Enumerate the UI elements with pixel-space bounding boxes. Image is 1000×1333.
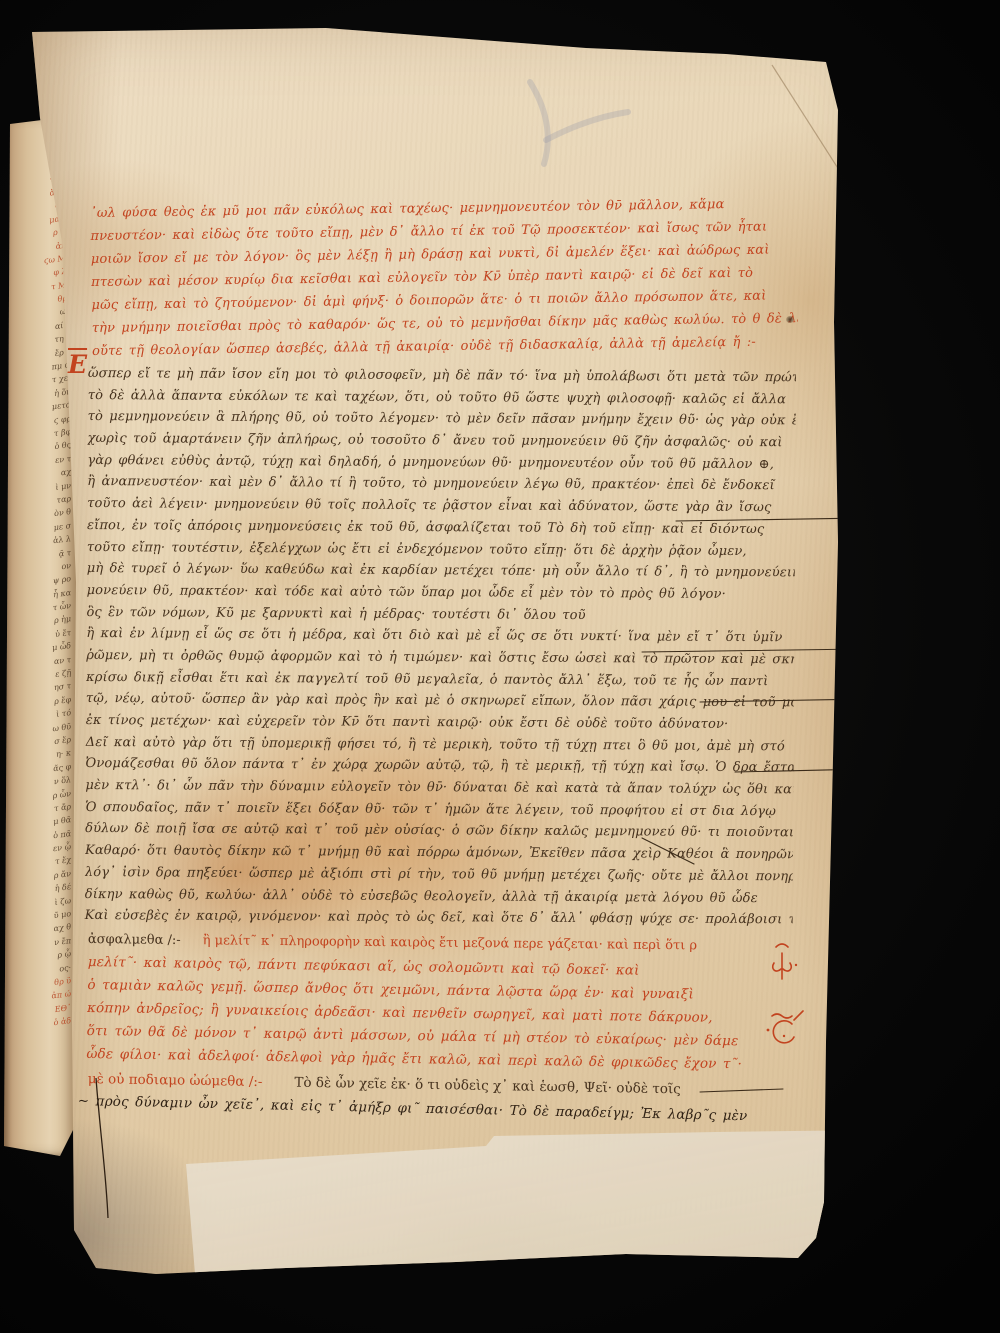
rubric-top-block: ᾽ωλ φύσα θεὸς ἐκ μῦ μοι πᾶν εὐκόλως καὶ …	[90, 192, 798, 363]
repair-patch	[156, 1130, 874, 1288]
main-text-line: Καὶ εὐσεβὲς ἐν καιρῷ, γινόμενον· καὶ πρὸ…	[85, 905, 793, 931]
main-text-end: ἀσφαλμεθα /:-	[88, 928, 181, 952]
ink-spot	[786, 316, 794, 323]
manuscript-page: 5 ᾽ωλ φύσα θεὸς ἐκ μῦ μοι πᾶν εὐκόλως κα…	[26, 22, 878, 1288]
ink-offset-ghost	[530, 82, 628, 164]
main-text-block: ὥσπερ εἴ τε μὴ πᾶν ἴσον εἴη μοι τὸ φιλοσ…	[85, 363, 796, 931]
corner-crease	[772, 65, 848, 184]
photo-backdrop: ἀρχτῶ ἁγκ πρσ μότε φρἄνωθωνδμα τξρ τῷἀπὸ…	[0, 0, 1000, 1333]
gutter-fragments-red-bottom: θρ ϋἀπ ώΕΘ᾽ὁ ἀδ	[4, 973, 80, 1027]
rubric-bottom-block: μελίτ῀· καὶ καιρὸς τῷ, πάντι πεφύκασι αἵ…	[86, 951, 800, 1077]
folio-number: 5	[881, 69, 893, 88]
gutter-fragments-brown: ωναί μτη νἔρ ϋπμ ωτ χεῖἡ ὅνμετάϛ φρτ βφὁ…	[4, 303, 80, 973]
initial-letter: Ε	[68, 350, 87, 379]
